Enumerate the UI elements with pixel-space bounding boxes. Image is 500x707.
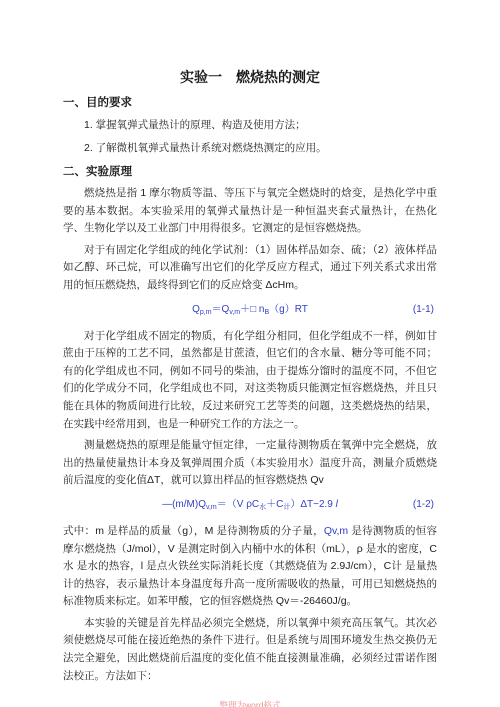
paragraph-symbol-definitions: 式中：m 是样品的质量（g），M 是待测物质的分子量，Qv,m 是待测物质的恒容… — [63, 523, 437, 611]
section-heading-goals: 一、目的要求 — [63, 95, 437, 111]
page-title: 实验一 燃烧热的测定 — [63, 68, 437, 86]
inline-formula-qvm: Qv,m — [324, 525, 348, 537]
formula-1-1-body: Qp,m＝Qv,m＋□ nB（g）RT — [192, 304, 308, 315]
goal-list-item-1: 1. 掌握氧弹式量热计的原理、构造及使用方法； — [84, 117, 437, 134]
paragraph-measurement-principle: 测量燃烧热的原理是能量守恒定律，一定量待测物质在氧弹中完全燃烧，放出的热量使量热… — [63, 437, 437, 490]
goal-list-item-2: 2. 了解微机氧弹式量热计系统对燃烧热测定的应用。 — [84, 140, 437, 157]
formula-1-2-body: —(m/M)Qv,m＝（V ρC水＋C计）ΔT−2.9 l — [162, 499, 338, 510]
paragraph-variable-composition: 对于化学组成不固定的物质，有化学组分相同，但化学组成不一样，例如甘蔗由于压榨的工… — [63, 328, 437, 434]
document-page: 实验一 燃烧热的测定 一、目的要求 1. 掌握氧弹式量热计的原理、构造及使用方法… — [0, 0, 500, 707]
paragraph-combustion-definition: 燃烧热是指 1 摩尔物质等温、等压下与氧完全燃烧时的焓变，是热化学中重要的基本数… — [63, 185, 437, 238]
section-heading-principle: 二、实验原理 — [63, 164, 437, 180]
paragraph-experiment-key: 本实验的关键是首先样品必须完全燃烧，所以氧弹中须充高压氧气。其次必须使燃烧尽可能… — [63, 615, 437, 685]
formula-1-1-number: (1-1) — [413, 302, 434, 318]
formula-1-1: Qp,m＝Qv,m＋□ nB（g）RT (1-1) — [63, 302, 437, 321]
watermark-text: 整理为word格式 — [63, 699, 437, 707]
formula-1-2-number: (1-2) — [413, 497, 434, 513]
formula-1-2: —(m/M)Qv,m＝（V ρC水＋C计）ΔT−2.9 l (1-2) — [63, 497, 437, 516]
paragraph-pure-reagents: 对于有固定化学组成的纯化学试剂：（1）固体样品如奈、硫；（2）液体样品如乙醇、环… — [63, 242, 437, 295]
